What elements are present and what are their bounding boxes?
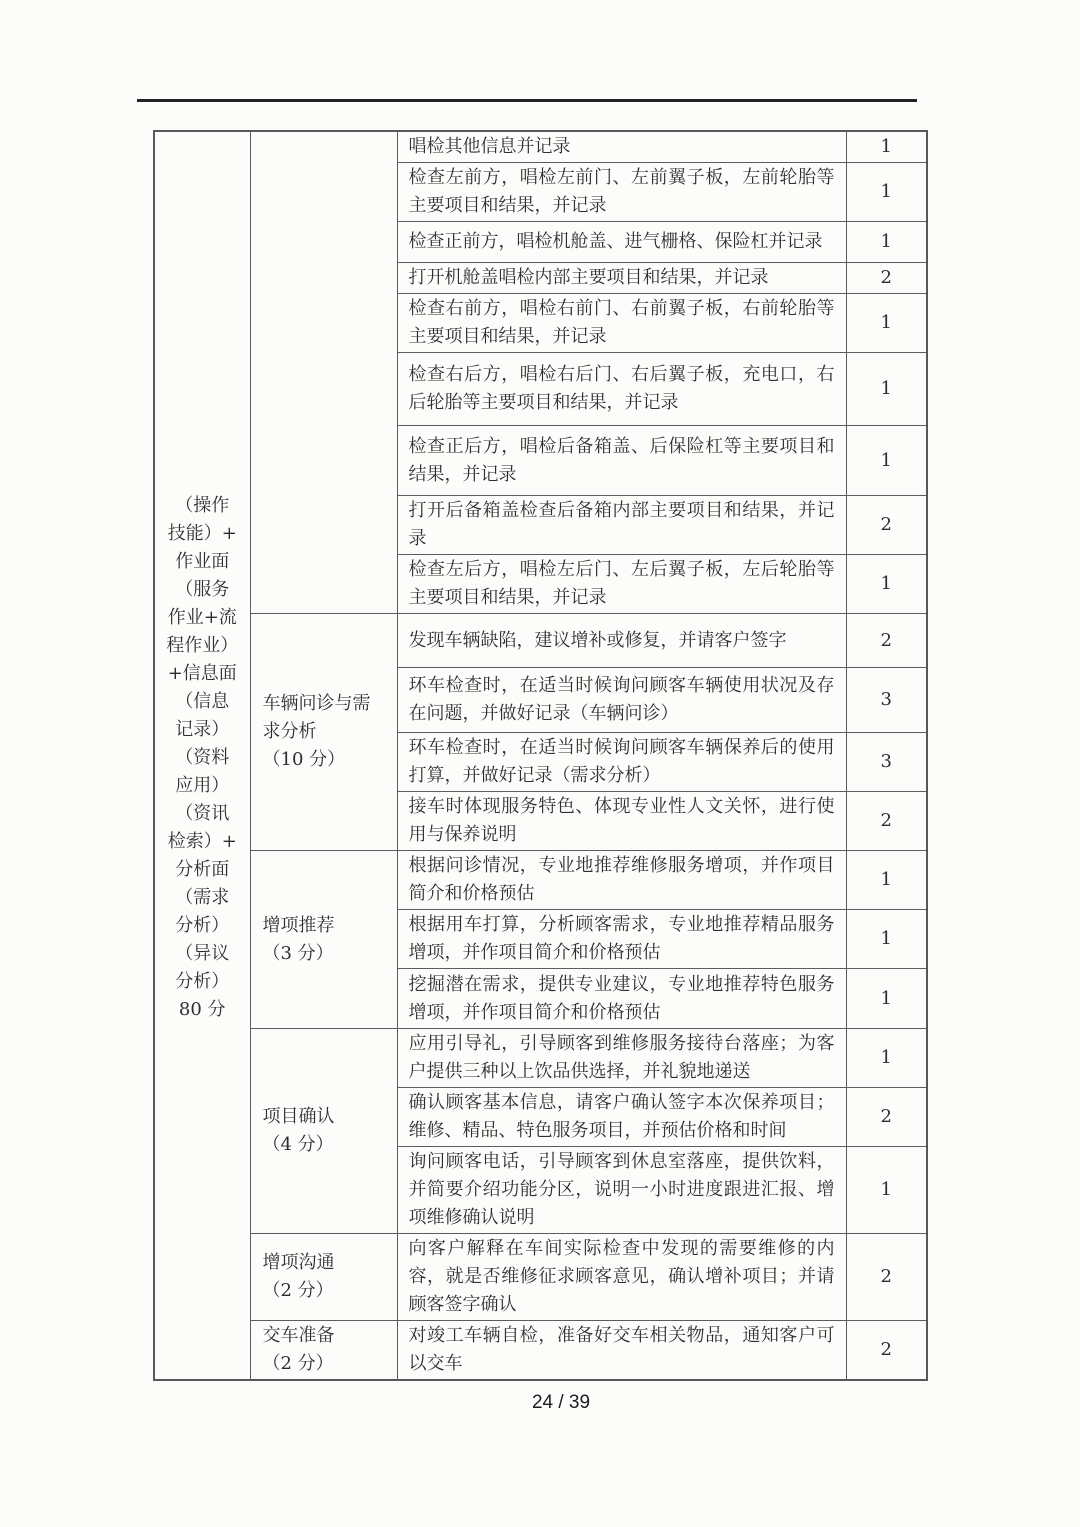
- score-value: 3: [846, 668, 927, 733]
- score-value: 1: [846, 1147, 927, 1234]
- table-row: 增项推荐 （3 分） 根据问诊情况，专业地推荐维修服务增项，并作项目简介和价格预…: [154, 851, 927, 910]
- criterion-text: 唱检其他信息并记录: [397, 131, 846, 163]
- score-value: 1: [846, 131, 927, 163]
- category-cell-delivery-prep: 交车准备 （2 分）: [250, 1321, 397, 1381]
- criterion-text: 环车检查时，在适当时候询问顾客车辆使用状况及存在问题，并做好记录（车辆问诊）: [397, 668, 846, 733]
- criterion-text: 检查正前方，唱检机舱盖、进气栅格、保险杠并记录: [397, 222, 846, 263]
- dimension-category-cell: （操作 技能）+ 作业面 （服务 作业+流 程作业） +信息面 （信息 记录） …: [154, 131, 250, 1380]
- criterion-text: 打开后备箱盖检查后备箱内部主要项目和结果，并记录: [397, 496, 846, 555]
- category-cell-project-confirm: 项目确认 （4 分）: [250, 1029, 397, 1234]
- score-value: 1: [846, 426, 927, 496]
- score-value: 1: [846, 851, 927, 910]
- score-value: 1: [846, 222, 927, 263]
- table-row: 车辆问诊与需 求分析 （10 分） 发现车辆缺陷，建议增补或修复，并请客户签字 …: [154, 614, 927, 668]
- category-cell-upsell-recommend: 增项推荐 （3 分）: [250, 851, 397, 1029]
- criterion-text: 确认顾客基本信息，请客户确认签字本次保养项目；维修、精品、特色服务项目，并预估价…: [397, 1088, 846, 1147]
- criterion-text: 接车时体现服务特色、体现专业性人文关怀，进行使用与保养说明: [397, 792, 846, 851]
- score-value: 2: [846, 263, 927, 294]
- criterion-text: 挖掘潜在需求，提供专业建议，专业地推荐特色服务增项，并作项目简介和价格预估: [397, 969, 846, 1029]
- score-value: 2: [846, 614, 927, 668]
- scoring-rubric-table: （操作 技能）+ 作业面 （服务 作业+流 程作业） +信息面 （信息 记录） …: [153, 130, 928, 1381]
- criterion-text: 应用引导礼，引导顾客到维修服务接待台落座；为客户提供三种以上饮品供选择，并礼貌地…: [397, 1029, 846, 1088]
- criterion-text: 检查左后方，唱检左后门、左后翼子板，左后轮胎等主要项目和结果，并记录: [397, 555, 846, 614]
- criterion-text: 检查右后方，唱检右后门、右后翼子板，充电口，右后轮胎等主要项目和结果，并记录: [397, 353, 846, 426]
- score-value: 2: [846, 1088, 927, 1147]
- criterion-text: 向客户解释在车间实际检查中发现的需要维修的内容，就是否维修征求顾客意见，确认增补…: [397, 1234, 846, 1321]
- table-row: 项目确认 （4 分） 应用引导礼，引导顾客到维修服务接待台落座；为客户提供三种以…: [154, 1029, 927, 1088]
- category-cell-vehicle-inquiry: 车辆问诊与需 求分析 （10 分）: [250, 614, 397, 851]
- category-cell-upsell-communication: 增项沟通 （2 分）: [250, 1234, 397, 1321]
- table-row: （操作 技能）+ 作业面 （服务 作业+流 程作业） +信息面 （信息 记录） …: [154, 131, 927, 163]
- criterion-text: 对竣工车辆自检，准备好交车相关物品，通知客户可以交车: [397, 1321, 846, 1381]
- score-value: 3: [846, 733, 927, 792]
- score-value: 2: [846, 1321, 927, 1381]
- category-cell-empty: [250, 131, 397, 614]
- page-number-indicator: 24 / 39: [532, 1392, 590, 1414]
- table-row: 交车准备 （2 分） 对竣工车辆自检，准备好交车相关物品，通知客户可以交车 2: [154, 1321, 927, 1381]
- criterion-text: 检查右前方，唱检右前门、右前翼子板，右前轮胎等主要项目和结果，并记录: [397, 294, 846, 353]
- document-page: （操作 技能）+ 作业面 （服务 作业+流 程作业） +信息面 （信息 记录） …: [0, 0, 1080, 1527]
- criterion-text: 根据用车打算，分析顾客需求，专业地推荐精品服务增项，并作项目简介和价格预估: [397, 910, 846, 969]
- criterion-text: 打开机舱盖唱检内部主要项目和结果，并记录: [397, 263, 846, 294]
- criterion-text: 检查左前方，唱检左前门、左前翼子板，左前轮胎等主要项目和结果，并记录: [397, 163, 846, 222]
- criterion-text: 询问顾客电话，引导顾客到休息室落座，提供饮料，并简要介绍功能分区，说明一小时进度…: [397, 1147, 846, 1234]
- criterion-text: 检查正后方，唱检后备箱盖、后保险杠等主要项目和结果，并记录: [397, 426, 846, 496]
- criterion-text: 发现车辆缺陷，建议增补或修复，并请客户签字: [397, 614, 846, 668]
- table-row: 增项沟通 （2 分） 向客户解释在车间实际检查中发现的需要维修的内容，就是否维修…: [154, 1234, 927, 1321]
- score-value: 1: [846, 1029, 927, 1088]
- score-value: 1: [846, 163, 927, 222]
- score-value: 2: [846, 496, 927, 555]
- score-value: 1: [846, 969, 927, 1029]
- score-value: 1: [846, 555, 927, 614]
- score-value: 2: [846, 792, 927, 851]
- score-value: 2: [846, 1234, 927, 1321]
- score-value: 1: [846, 910, 927, 969]
- header-divider-rule: [137, 99, 917, 102]
- criterion-text: 环车检查时，在适当时候询问顾客车辆保养后的使用打算，并做好记录（需求分析）: [397, 733, 846, 792]
- score-value: 1: [846, 353, 927, 426]
- score-value: 1: [846, 294, 927, 353]
- criterion-text: 根据问诊情况，专业地推荐维修服务增项，并作项目简介和价格预估: [397, 851, 846, 910]
